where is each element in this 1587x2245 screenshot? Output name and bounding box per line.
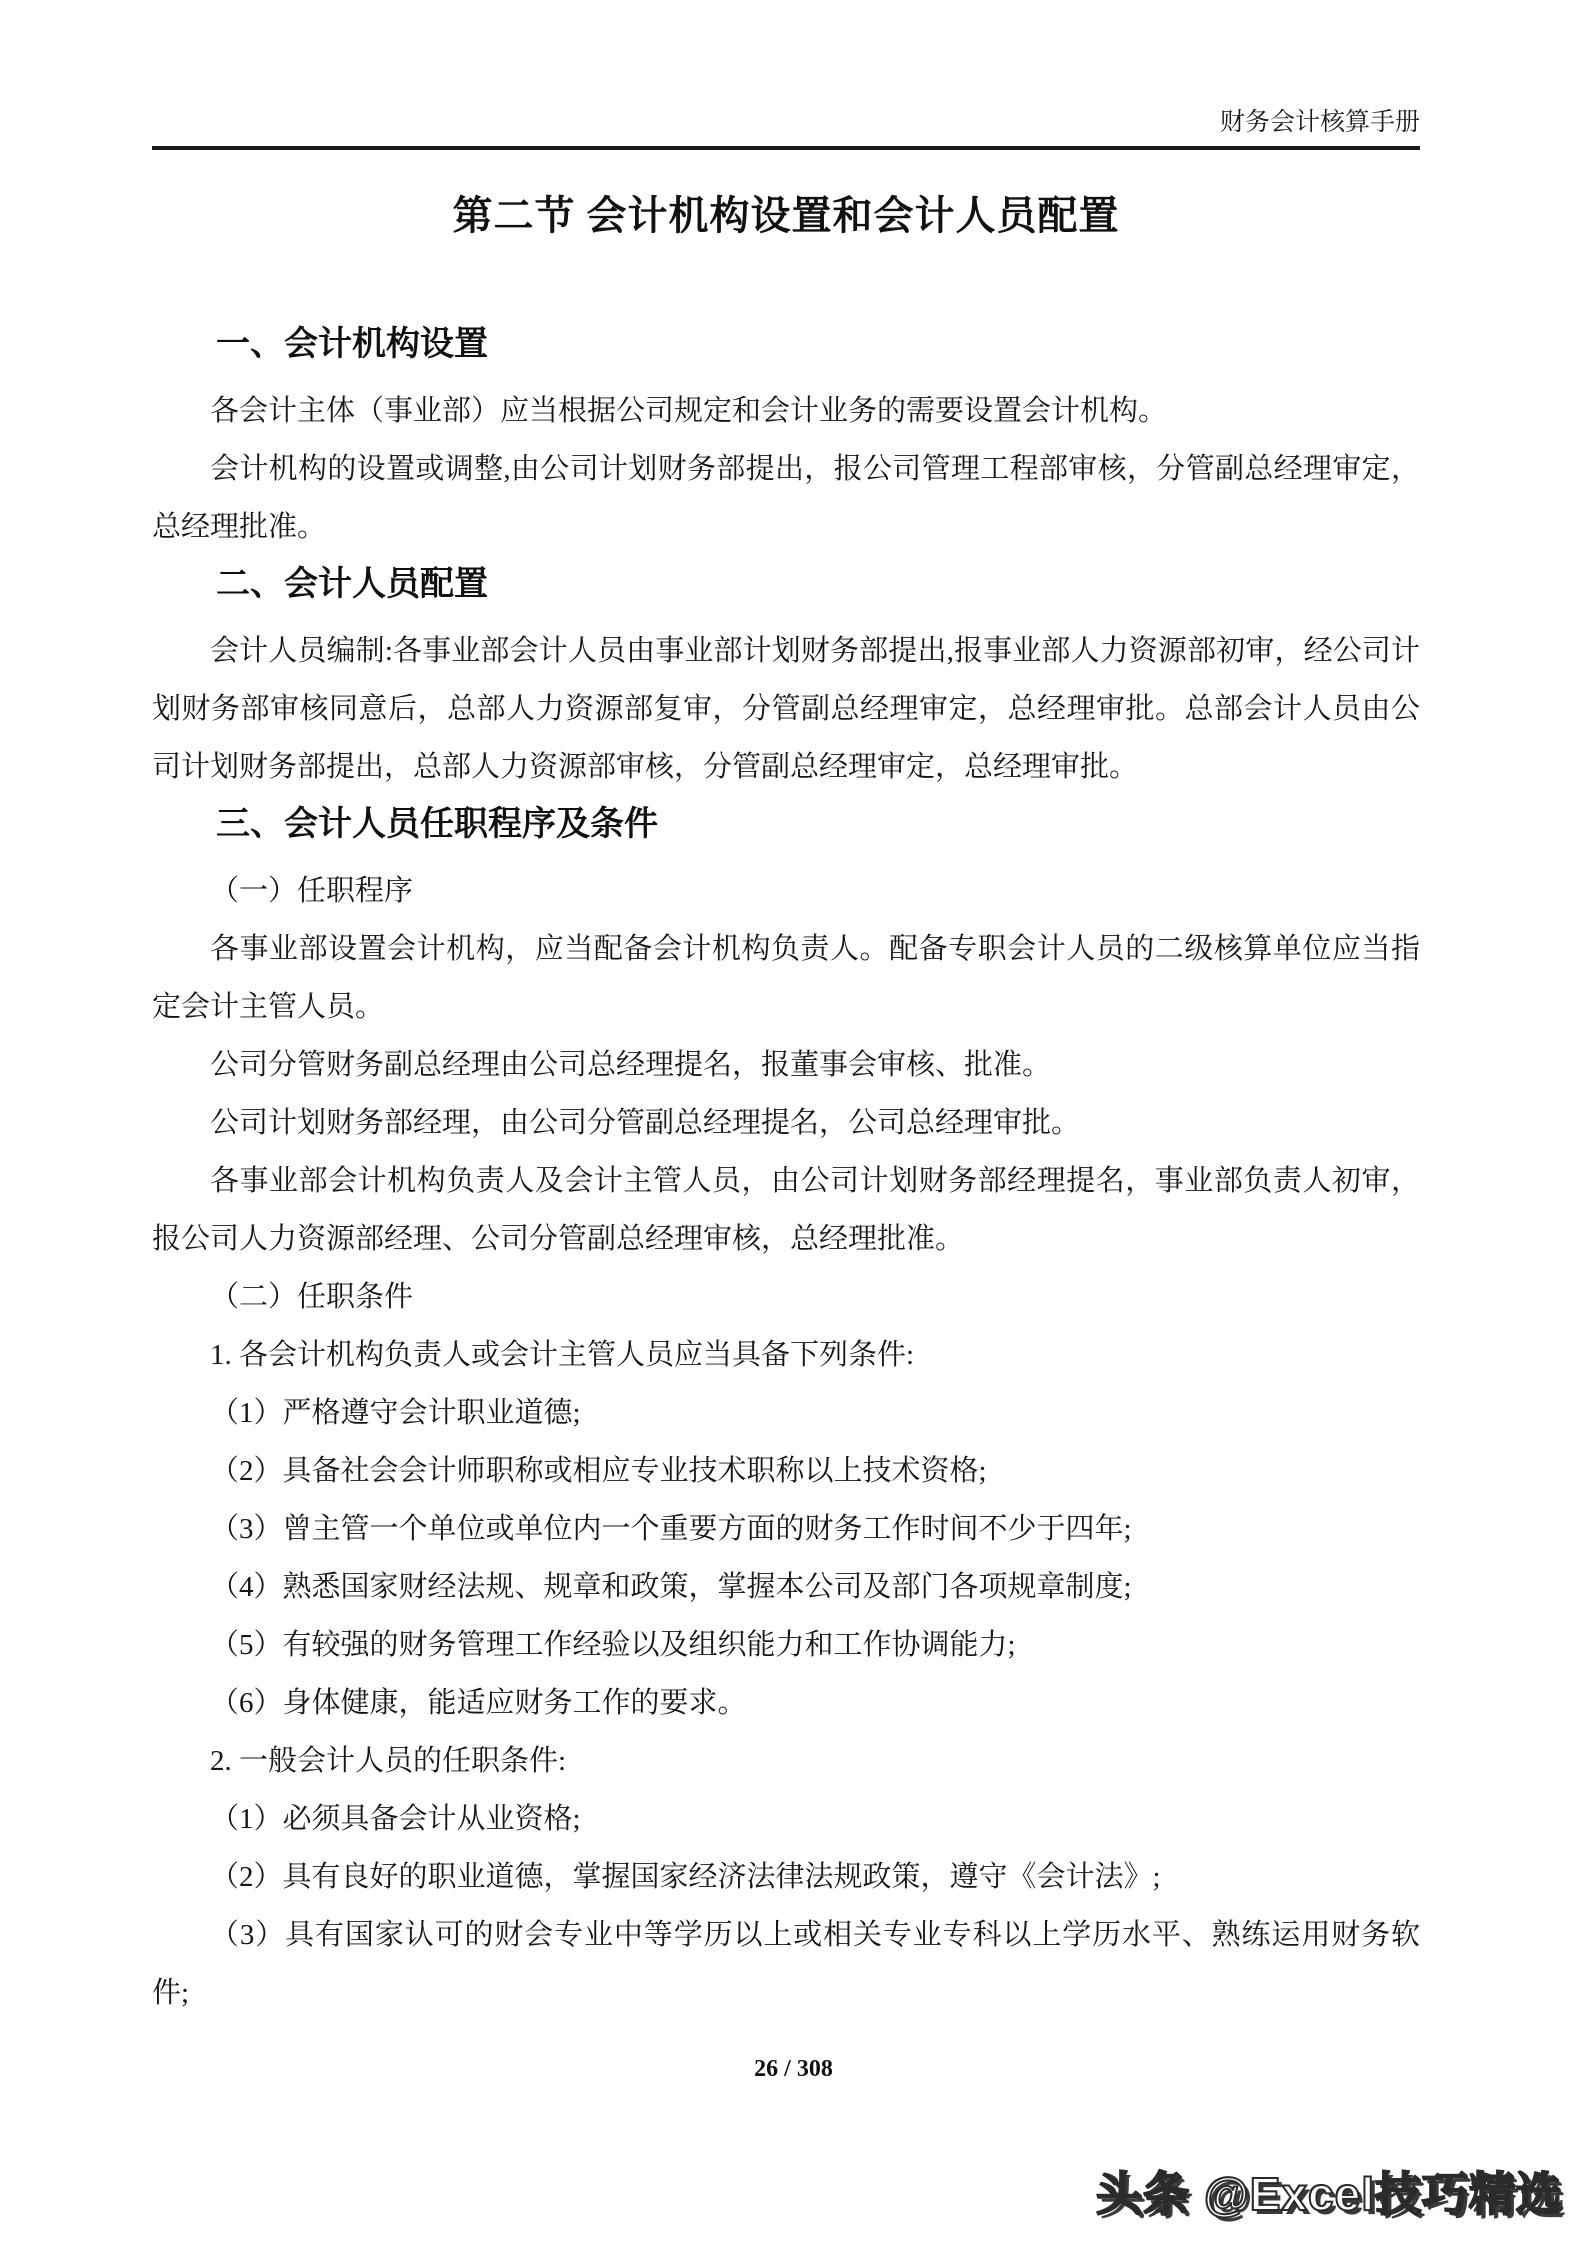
document-page: 财务会计核算手册 第二节 会计机构设置和会计人员配置 一、会计机构设置 各会计主… bbox=[0, 0, 1587, 2245]
document-section: 一、会计机构设置 各会计主体（事业部）应当根据公司规定和会计业务的需要设置会计机… bbox=[152, 316, 1420, 556]
paragraph: 各事业部设置会计机构，应当配备会计机构负责人。配备专职会计人员的二级核算单位应当… bbox=[152, 920, 1420, 1036]
paragraph: （2）具有良好的职业道德，掌握国家经济法律法规政策，遵守《会计法》; bbox=[152, 1848, 1420, 1906]
paragraph: 各事业部会计机构负责人及会计主管人员，由公司计划财务部经理提名，事业部负责人初审… bbox=[152, 1152, 1420, 1268]
page-content: 一、会计机构设置 各会计主体（事业部）应当根据公司规定和会计业务的需要设置会计机… bbox=[152, 316, 1420, 2022]
header-booklet-title: 财务会计核算手册 bbox=[1220, 109, 1420, 136]
page-title: 第二节 会计机构设置和会计人员配置 bbox=[152, 192, 1420, 240]
paragraph: （6）身体健康，能适应财务工作的要求。 bbox=[152, 1674, 1420, 1732]
page-number: 26 / 308 bbox=[0, 2056, 1587, 2083]
section-heading: 二、会计人员配置 bbox=[152, 556, 1420, 614]
paragraph: （3）具有国家认可的财会专业中等学历以上或相关专业专科以上学历水平、熟练运用财务… bbox=[152, 1906, 1420, 2022]
paragraph: 1. 各会计机构负责人或会计主管人员应当具备下列条件: bbox=[152, 1326, 1420, 1384]
paragraph: （一）任职程序 bbox=[152, 862, 1420, 920]
paragraph: （5）有较强的财务管理工作经验以及组织能力和工作协调能力; bbox=[152, 1616, 1420, 1674]
paragraph: 2. 一般会计人员的任职条件: bbox=[152, 1732, 1420, 1790]
document-section: 二、会计人员配置 会计人员编制:各事业部会计人员由事业部计划财务部提出,报事业部… bbox=[152, 556, 1420, 796]
document-section: 三、会计人员任职程序及条件 （一）任职程序各事业部设置会计机构，应当配备会计机构… bbox=[152, 796, 1420, 2022]
section-heading: 一、会计机构设置 bbox=[152, 316, 1420, 374]
paragraph: 各会计主体（事业部）应当根据公司规定和会计业务的需要设置会计机构。 bbox=[152, 382, 1420, 440]
paragraph: （1）必须具备会计从业资格; bbox=[152, 1790, 1420, 1848]
paragraph: 会计人员编制:各事业部会计人员由事业部计划财务部提出,报事业部人力资源部初审，经… bbox=[152, 622, 1420, 796]
page-header: 财务会计核算手册 bbox=[152, 0, 1420, 150]
paragraph: （3）曾主管一个单位或单位内一个重要方面的财务工作时间不少于四年; bbox=[152, 1500, 1420, 1558]
paragraph: （4）熟悉国家财经法规、规章和政策，掌握本公司及部门各项规章制度; bbox=[152, 1558, 1420, 1616]
paragraph: （二）任职条件 bbox=[152, 1268, 1420, 1326]
paragraph: 会计机构的设置或调整,由公司计划财务部提出，报公司管理工程部审核，分管副总经理审… bbox=[152, 440, 1420, 556]
paragraph: （1）严格遵守会计职业道德; bbox=[152, 1384, 1420, 1442]
section-heading: 三、会计人员任职程序及条件 bbox=[152, 796, 1420, 854]
watermark: 头条 @Excel技巧精选 bbox=[1096, 2158, 1563, 2224]
paragraph: 公司分管财务副总经理由公司总经理提名，报董事会审核、批准。 bbox=[152, 1036, 1420, 1094]
paragraph: （2）具备社会会计师职称或相应专业技术职称以上技术资格; bbox=[152, 1442, 1420, 1500]
paragraph: 公司计划财务部经理，由公司分管副总经理提名，公司总经理审批。 bbox=[152, 1094, 1420, 1152]
